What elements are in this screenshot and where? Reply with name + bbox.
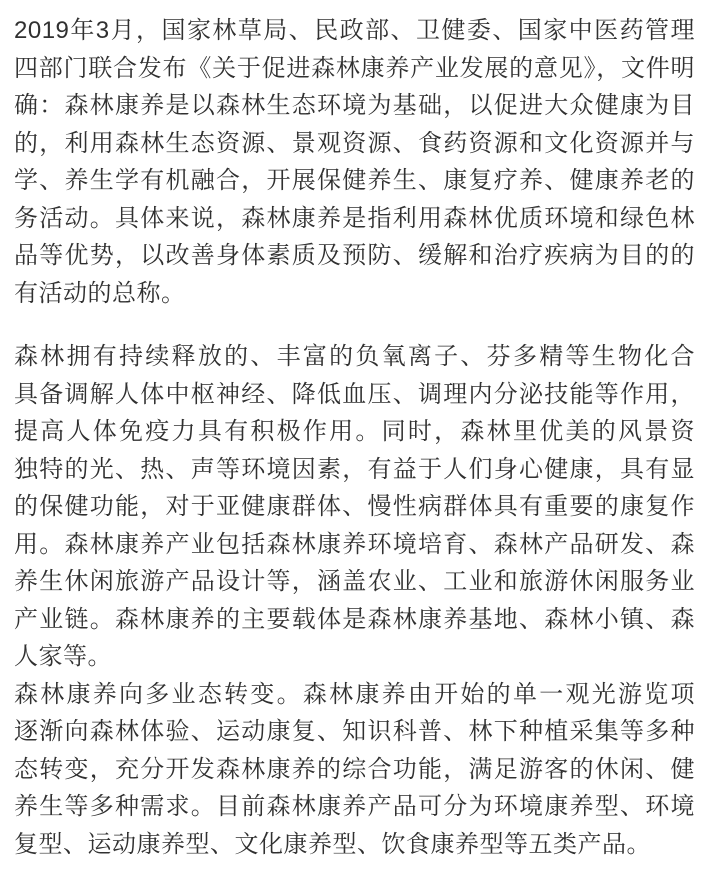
text-line: 复型、运动康养型、文化康养型、饮食康养型等五类产品。: [14, 826, 695, 864]
text-line: 独特的光、热、声等环境因素，有益于人们身心健康，具有显著: [14, 451, 695, 489]
text-line: 森林康养向多业态转变。森林康养由开始的单一观光游览项目，: [14, 676, 695, 714]
text-line: 确：森林康养是以森林生态环境为基础，以促进大众健康为目: [14, 87, 695, 125]
paragraph: 森林拥有持续释放的、丰富的负氧离子、芬多精等生物化合物，具备调解人体中枢神经、降…: [14, 338, 695, 676]
paragraph: 森林康养向多业态转变。森林康养由开始的单一观光游览项目，逐渐向森林体验、运动康复…: [14, 676, 695, 864]
text-line: 品等优势，以改善身体素质及预防、缓解和治疗疾病为目的的所: [14, 237, 695, 275]
text-line: 用。森林康养产业包括森林康养环境培育、森林产品研发、森林: [14, 526, 695, 564]
text-line: 养生休闲旅游产品设计等，涵盖农业、工业和旅游休闲服务业等: [14, 563, 695, 601]
text-line: 有活动的总称。: [14, 275, 695, 313]
paragraph: 2019年3月，国家林草局、民政部、卫健委、国家中医药管理局四部门联合发布《关于…: [14, 12, 695, 312]
text-line: 务活动。具体来说，森林康养是指利用森林优质环境和绿色林产: [14, 200, 695, 238]
text-line: 人家等。: [14, 638, 695, 676]
text-line: 提高人体免疫力具有积极作用。同时，森林里优美的风景资源、: [14, 413, 695, 451]
text-line: 学、养生学有机融合，开展保健养生、康复疗养、健康养老的服: [14, 162, 695, 200]
text-line: 森林拥有持续释放的、丰富的负氧离子、芬多精等生物化合物，: [14, 338, 695, 376]
text-line: 逐渐向森林体验、运动康复、知识科普、林下种植采集等多种业: [14, 713, 695, 751]
text-line: 具备调解人体中枢神经、降低血压、调理内分泌技能等作用，对: [14, 376, 695, 414]
article-text: 2019年3月，国家林草局、民政部、卫健委、国家中医药管理局四部门联合发布《关于…: [0, 0, 709, 881]
text-line: 养生等多种需求。目前森林康养产品可分为环境康养型、环境康: [14, 788, 695, 826]
text-line: 2019年3月，国家林草局、民政部、卫健委、国家中医药管理局: [14, 12, 695, 50]
text-line: 的保健功能，对于亚健康群体、慢性病群体具有重要的康复作: [14, 488, 695, 526]
text-line: 四部门联合发布《关于促进森林康养产业发展的意见》，文件明: [14, 50, 695, 88]
text-line: 的，利用森林生态资源、景观资源、食药资源和文化资源并与医: [14, 125, 695, 163]
text-line: 态转变，充分开发森林康养的综合功能，满足游客的休闲、健康: [14, 751, 695, 789]
text-line: 产业链。森林康养的主要载体是森林康养基地、森林小镇、森林: [14, 601, 695, 639]
